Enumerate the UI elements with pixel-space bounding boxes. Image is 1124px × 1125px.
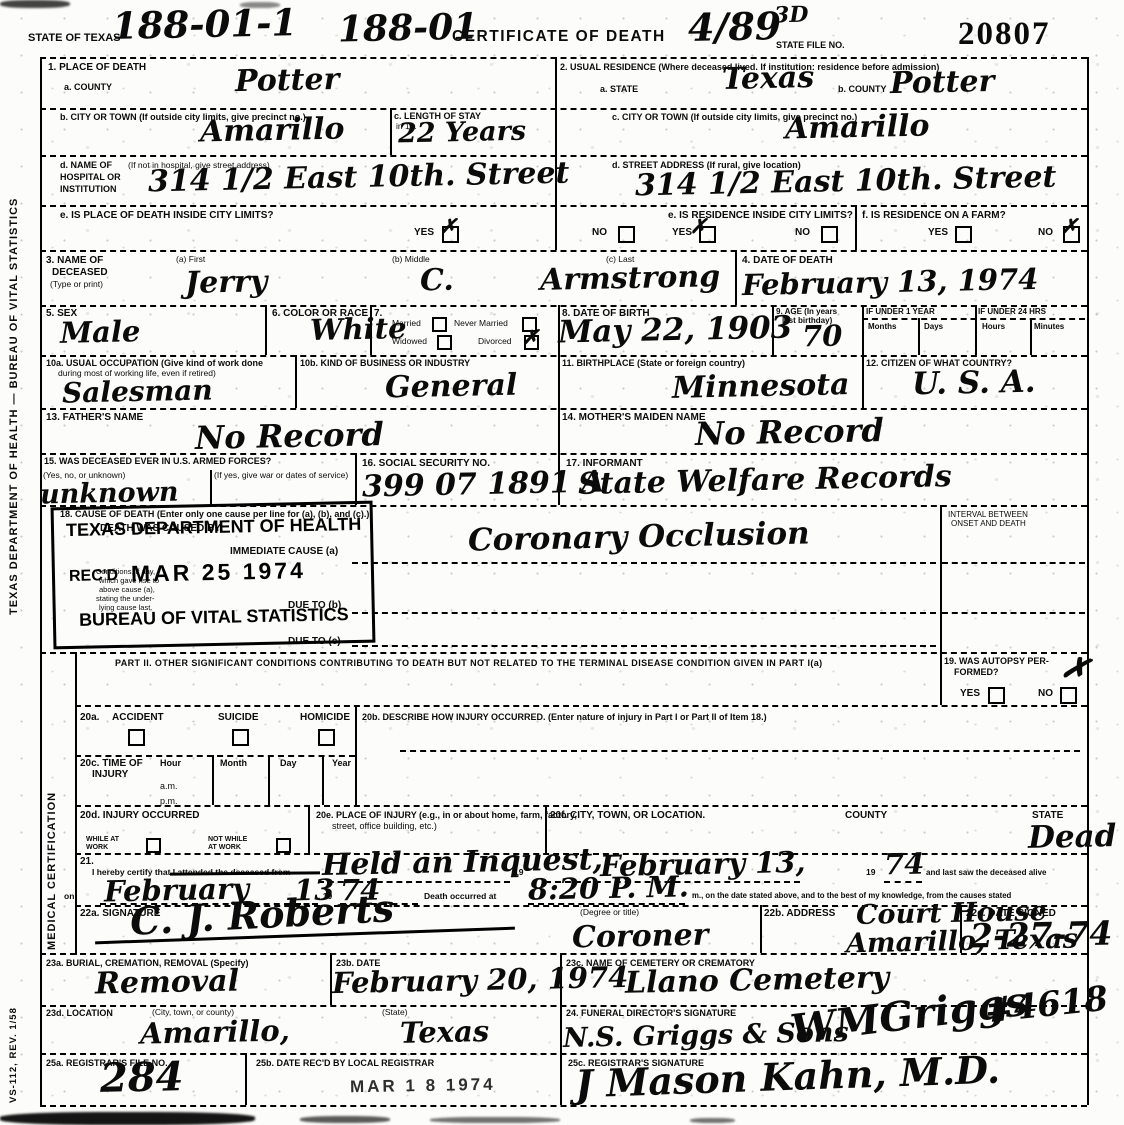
fill-line (400, 750, 1080, 752)
informant-value: State Welfare Records (578, 462, 952, 500)
date-signed-value: 2-27-74 (970, 917, 1113, 953)
usual-occupation-label: 10a. USUAL OCCUPATION (Give kind of work… (46, 358, 263, 368)
middle-name-value: C. (420, 266, 454, 297)
if-under-1-year-label: IF UNDER 1 YEAR (866, 307, 935, 316)
place-of-injury-label2: street, office building, etc.) (332, 821, 437, 831)
grid-line-v (558, 408, 560, 453)
grid-line-v (75, 652, 77, 955)
handwritten-code-1: 188-01-1 (112, 4, 298, 45)
bureau-margin-text: TEXAS DEPARTMENT OF HEALTH — BUREAU OF V… (8, 150, 20, 615)
type-or-print-sub: (Type or print) (50, 280, 103, 290)
checkbox-homicide (318, 729, 335, 746)
checkbox-autopsy-yes (988, 687, 1005, 704)
grid-line-v (322, 755, 324, 805)
grid-line-h (75, 705, 1087, 707)
street-address-value: 314 1/2 East 10th. Street (635, 163, 1057, 202)
certify-text-post: and last saw the deceased alive (926, 868, 1047, 877)
checkbox-farm-yes (955, 226, 972, 243)
checkbox-widowed (437, 335, 452, 350)
fill-line (352, 562, 936, 564)
hour-label: Hour (160, 758, 181, 768)
last-name-value: Armstrong (540, 262, 721, 296)
injury-occurred-label: 20d. INJURY OCCURRED (80, 810, 199, 822)
check-mark: ✗ (522, 327, 539, 347)
stamp-agency-line: TEXAS DEPARTMENT OF HEALTH (66, 514, 358, 541)
death-certificate-scan: STATE OF TEXAS 188-01-1 188-01 CERTIFICA… (0, 0, 1124, 1125)
grid-line-v (975, 305, 977, 355)
printed-19-b: 19 (866, 868, 875, 878)
handwritten-code-2: 188-01 (338, 9, 479, 48)
autopsy-label-2: FORMED? (954, 667, 999, 677)
check-mark: ✗ (440, 216, 457, 236)
race-value: White (310, 314, 407, 345)
county-value: Potter (235, 65, 340, 97)
grid-line-h (75, 805, 1087, 807)
grid-line-h (862, 318, 1085, 320)
residence-farm-label: f. IS RESIDENCE ON A FARM? (862, 210, 1006, 222)
handwritten-time-of-death: 8:20 P. M. (528, 872, 689, 904)
grid-line-h (40, 205, 1087, 207)
certificate-title: CERTIFICATE OF DEATH (452, 28, 666, 46)
scan-smudge (430, 1117, 560, 1123)
date-received-label: 25b. DATE REC'D BY LOCAL REGISTRAR (256, 1058, 434, 1068)
state-file-no-label: STATE FILE NO. (776, 40, 845, 50)
minutes-label: Minutes (1034, 322, 1064, 331)
length-of-stay-value: 22 Years (398, 118, 527, 148)
grid-line-v (210, 470, 212, 505)
fill-line (352, 612, 936, 614)
grid-line-v (560, 1005, 562, 1053)
fathers-name-value: No Record (195, 418, 384, 454)
yes-label: YES (928, 227, 948, 239)
grid-line-v (355, 453, 357, 505)
grid-line-v (940, 505, 942, 652)
grid-line-h (40, 1105, 1087, 1107)
date-of-birth-value: May 22, 1903 (558, 313, 793, 349)
no-label: NO (1038, 227, 1053, 239)
occupation-value: Salesman (62, 376, 213, 407)
suicide-label: SUICIDE (218, 712, 259, 724)
residence-county-value: Potter (890, 67, 995, 99)
grid-line-h (40, 108, 1087, 110)
grid-line-h (40, 408, 1087, 410)
residence-state-label: a. STATE (600, 84, 638, 94)
grid-line-v (268, 755, 270, 805)
hospital-name-label2: HOSPITAL OR (60, 172, 121, 182)
while-at-work-label: WHILE AT (86, 836, 119, 844)
address-label: 22b. ADDRESS (764, 908, 835, 920)
first-name-value: Jerry (185, 267, 268, 299)
fill-line (942, 612, 1085, 614)
hours-label: Hours (982, 322, 1005, 331)
hospital-value: 314 1/2 East 10th. Street (148, 159, 570, 198)
checkbox-death-limits-no (618, 226, 635, 243)
grid-line-v (265, 305, 267, 355)
burial-date-value: February 20, 1974 (332, 963, 629, 998)
yes-label: YES (960, 688, 980, 700)
days-label: Days (924, 322, 943, 331)
mothers-maiden-name-value: No Record (695, 414, 884, 450)
armed-forces-value: unknown (40, 479, 179, 509)
grid-line-h (75, 755, 355, 757)
grid-line-v (390, 108, 392, 155)
interval-label-2: ONSET AND DEATH (951, 519, 1026, 528)
armed-forces-label: 15. WAS DECEASED EVER IN U.S. ARMED FORC… (44, 456, 271, 466)
place-of-injury-label: 20e. PLACE OF INJURY (e.g., in or about … (316, 810, 577, 820)
time-of-injury-label: 20c. TIME OF (80, 758, 143, 770)
grid-line-v (918, 318, 920, 355)
grid-line-v (212, 755, 214, 805)
describe-injury-label: 20b. DESCRIBE HOW INJURY OCCURRED. (Ente… (362, 712, 767, 722)
city-value: Amarillo (200, 114, 345, 147)
checkbox-suicide (232, 729, 249, 746)
birthplace-label: 11. BIRTHPLACE (State or foreign country… (562, 358, 745, 368)
registrar-file-no-value: 284 (100, 1057, 184, 1099)
grid-line-v (295, 355, 297, 408)
check-mark: ✗ (1061, 216, 1078, 236)
death-city-limits-label: e. IS PLACE OF DEATH INSIDE CITY LIMITS? (60, 210, 274, 222)
scan-smudge (300, 1116, 390, 1123)
handwritten-dead: Dead (1028, 821, 1117, 854)
handwritten-74-a: 74 (884, 850, 925, 880)
no-label: NO (592, 227, 607, 239)
no-label: NO (1038, 688, 1053, 700)
grid-line-v (355, 705, 357, 805)
check-mark: ✗ (690, 216, 707, 236)
state-of-texas-label: STATE OF TEXAS (28, 32, 121, 45)
citizen-value: U. S. A. (912, 367, 1036, 401)
accident-label: ACCIDENT (112, 712, 164, 724)
checkbox-autopsy-no (1060, 687, 1077, 704)
grid-line-v (862, 355, 864, 408)
grid-line-v (558, 355, 560, 408)
medical-certification-margin-text: MEDICAL CERTIFICATION (46, 660, 58, 950)
immediate-cause-value: Coronary Occlusion (468, 518, 810, 556)
handwritten-code-4: 3D (774, 4, 809, 27)
birthplace-value: Minnesota (672, 370, 850, 404)
item-20a-label: 20a. (80, 712, 99, 724)
name-of-deceased-label: 3. NAME OF (46, 255, 103, 267)
time-of-injury-label2: INJURY (92, 769, 128, 781)
residence-county-label: b. COUNTY (838, 84, 887, 94)
form-code-margin-text: VS-112, REV. 1/58 (8, 958, 19, 1103)
month-label: Month (220, 758, 247, 768)
funeral-director-label: 24. FUNERAL DIRECTOR'S SIGNATURE (566, 1008, 736, 1018)
burial-state-value: Texas (400, 1017, 490, 1048)
mothers-maiden-name-label: 14. MOTHER'S MAIDEN NAME (562, 412, 706, 424)
grid-line-v (555, 57, 557, 250)
name-of-deceased-label2: DECEASED (52, 267, 108, 279)
received-stamp: TEXAS DEPARTMENT OF HEALTH REC'D MAR 25 … (51, 501, 376, 650)
first-name-label: (a) First (176, 255, 205, 265)
cemetery-value: Llano Cemetery (625, 963, 890, 999)
stamp-recd-label: REC'D (69, 567, 119, 586)
grid-line-h (40, 355, 1087, 357)
grid-line-v (862, 305, 864, 355)
yes-label: YES (672, 227, 692, 239)
am-label: a.m. (160, 781, 178, 791)
business-value: General (385, 371, 518, 404)
item-21-number: 21. (80, 856, 94, 868)
city-town-location-label: 20f. CITY, TOWN, OR LOCATION. (550, 810, 705, 822)
residence-city-value: Amarillo (785, 111, 930, 144)
never-married-label: Never Married (454, 319, 508, 329)
grid-line-h (40, 57, 1087, 59)
date-received-stamp: MAR 1 8 1974 (350, 1075, 496, 1097)
certify-on-label: on (64, 892, 74, 902)
checkbox-married (432, 317, 447, 332)
burial-city-value: Amarillo, (140, 1016, 290, 1048)
age-value: 70 (802, 322, 843, 352)
stamp-date: MAR 25 1974 (131, 557, 306, 588)
no-label: NO (795, 227, 810, 239)
grid-line-h (40, 250, 1087, 252)
hospital-name-label: d. NAME OF (60, 160, 112, 170)
grid-line-v (560, 1053, 562, 1105)
checkbox-residence-limits-no (821, 226, 838, 243)
yes-label: YES (414, 227, 434, 239)
divorced-label: Divorced (478, 337, 512, 347)
while-at-work-label2: WORK (86, 844, 108, 852)
fathers-name-label: 13. FATHER'S NAME (46, 412, 143, 424)
fill-line (942, 562, 1085, 564)
checkbox-not-while-at-work (276, 838, 291, 853)
grid-line-v (40, 57, 42, 1105)
checkbox-while-at-work (146, 838, 161, 853)
autopsy-label-1: 19. WAS AUTOPSY PER- (944, 656, 1049, 666)
degree-or-title-label: (Degree or title) (580, 908, 639, 918)
grid-line-v (1030, 318, 1032, 355)
if-under-24-hrs-label: IF UNDER 24 HRS (978, 307, 1046, 316)
scan-smudge (690, 1118, 735, 1123)
not-while-at-work-label: NOT WHILE (208, 836, 247, 844)
sex-value: Male (60, 317, 141, 348)
injury-county-label: COUNTY (845, 810, 887, 822)
grid-line-v (855, 205, 857, 250)
hospital-name-label3: INSTITUTION (60, 184, 117, 194)
residence-state-value: Texas (722, 63, 815, 95)
checkbox-accident (128, 729, 145, 746)
scan-smudge (0, 0, 70, 8)
handwritten-code-3: 4/89 (688, 7, 782, 47)
stamp-bureau-line: BUREAU OF VITAL STATISTICS (68, 604, 360, 631)
grid-line-v (940, 652, 942, 705)
grid-line-v (308, 805, 310, 853)
county-label: a. COUNTY (64, 82, 112, 92)
year-label: Year (332, 758, 351, 768)
date-of-death-label: 4. DATE OF DEATH (742, 255, 833, 267)
burial-type-value: Removal (95, 966, 240, 999)
part-2-label: PART II. OTHER SIGNIFICANT CONDITIONS CO… (115, 658, 823, 668)
grid-line-v (735, 250, 737, 305)
degree-value: Coroner (572, 921, 709, 954)
armed-forces-sub2: (If yes, give war or dates of service) (214, 471, 348, 481)
grid-line-v (245, 1053, 247, 1105)
death-occurred-at-label: Death occurred at (424, 892, 496, 902)
pm-label: p.m. (160, 796, 178, 806)
registrar-signature: J Mason Kahn, M.D. (574, 1051, 1000, 1104)
ssn-value: 399 07 1891 A (362, 467, 605, 502)
day-label: Day (280, 758, 297, 768)
homicide-label: HOMICIDE (300, 712, 350, 724)
state-file-number: 20807 (958, 16, 1051, 54)
scan-smudge (0, 1112, 255, 1125)
business-industry-label: 10b. KIND OF BUSINESS OR INDUSTRY (300, 358, 470, 368)
funeral-case-number: #4618 (984, 982, 1110, 1029)
fill-line (352, 645, 936, 647)
interval-label-1: INTERVAL BETWEEN (948, 510, 1028, 519)
months-label: Months (868, 322, 896, 331)
grid-line-h (40, 652, 1087, 654)
date-of-death-value: February 13, 1974 (742, 265, 1039, 300)
burial-location-label: 23d. LOCATION (46, 1008, 113, 1018)
grid-line-v (760, 905, 762, 953)
not-while-at-work-label2: AT WORK (208, 844, 241, 852)
place-of-death-label: 1. PLACE OF DEATH (48, 62, 146, 74)
